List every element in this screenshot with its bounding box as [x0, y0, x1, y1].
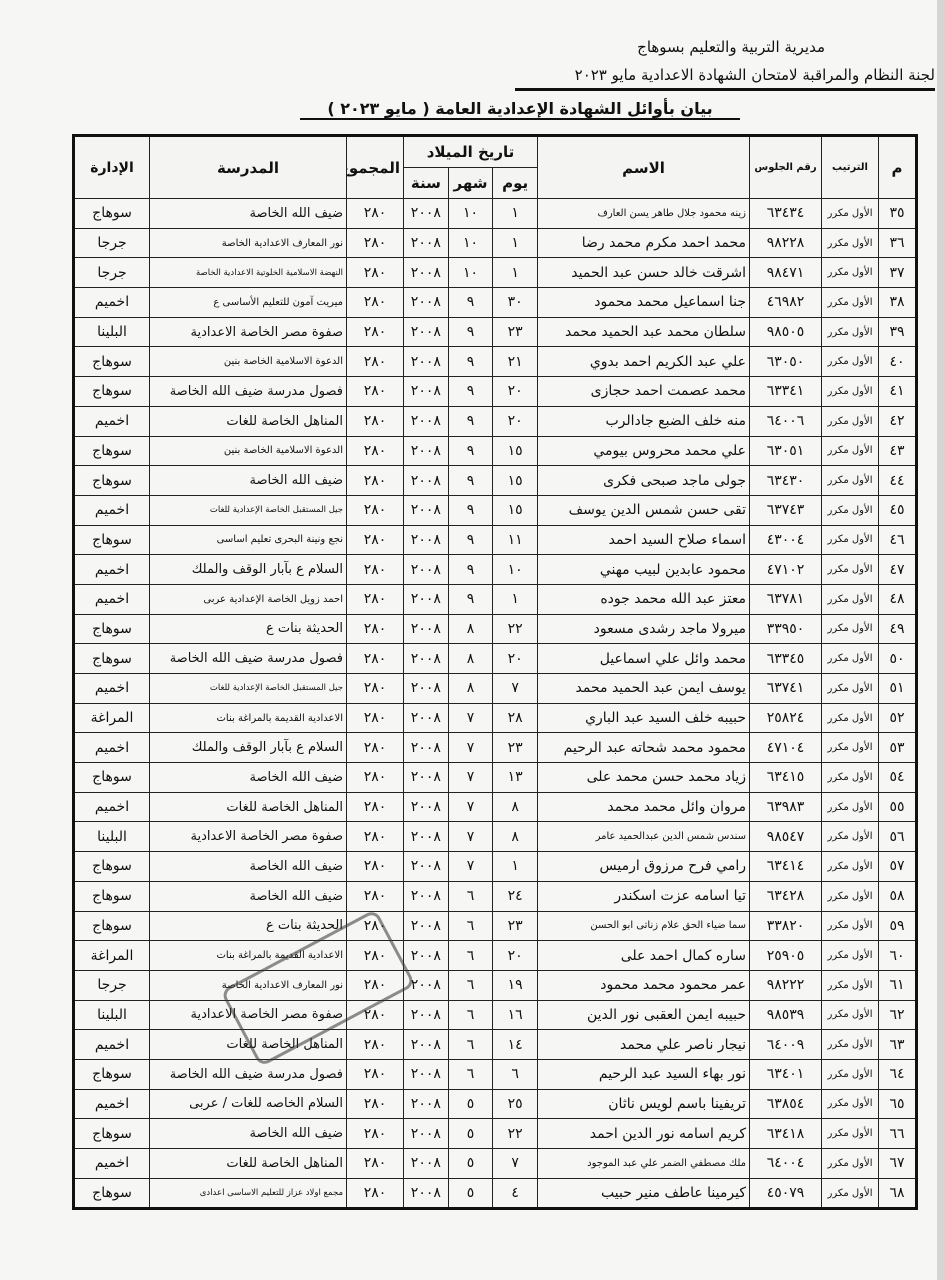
administration-cell: سوهاج — [74, 614, 150, 644]
school-cell: الحديثة بنات ع — [150, 614, 347, 644]
total-score-cell: ٢٨٠ — [347, 317, 404, 347]
birth-year-cell: ٢٠٠٨ — [404, 703, 449, 733]
seat-number-cell: ٤٧١٠٤ — [750, 733, 822, 763]
school-cell: الاعدادية القديمة بالمراغة بنات — [150, 703, 347, 733]
table-row: ٦٨الأول مكرر٤٥٠٧٩كيرمينا عاطف منير حبيب٤… — [74, 1178, 917, 1209]
birth-year-cell: ٢٠٠٨ — [404, 1089, 449, 1119]
birth-year-cell: ٢٠٠٨ — [404, 1149, 449, 1179]
col-header-administration: الإدارة — [74, 136, 150, 199]
school-cell: صفوة مصر الخاصة الاعدادية — [150, 1000, 347, 1030]
school-cell: جيل المستقبل الخاصة الإعدادية للغات — [150, 674, 347, 704]
table-header-row: م الترتيب رقم الجلوس الاسم تاريخ الميلاد… — [74, 136, 917, 168]
birth-month-cell: ٩ — [448, 347, 493, 377]
school-cell: ضيف الله الخاصة — [150, 199, 347, 229]
table-row: ٦٧الأول مكرر٦٤٠٠٤ملك مصطفي الضمر علي عبد… — [74, 1149, 917, 1179]
student-name-cell: عمر محمود محمد محمود — [538, 970, 750, 1000]
col-header-index: م — [879, 136, 917, 199]
student-name-cell: سما ضياء الحق علام زناتى ابو الحسن — [538, 911, 750, 941]
total-score-cell: ٢٨٠ — [347, 911, 404, 941]
birth-day-cell: ٢٢ — [493, 1119, 538, 1149]
birth-day-cell: ٦ — [493, 1059, 538, 1089]
birth-month-cell: ٥ — [448, 1119, 493, 1149]
table-row: ٣٨الأول مكرر٤٦٩٨٢جنا اسماعيل محمد محمود٣… — [74, 288, 917, 318]
birth-day-cell: ١ — [493, 199, 538, 229]
seat-number-cell: ٩٨٥٣٩ — [750, 1000, 822, 1030]
table-row: ٤١الأول مكرر٦٣٣٤١محمد عصمت احمد حجازى٢٠٩… — [74, 377, 917, 407]
birth-month-cell: ١٠ — [448, 258, 493, 288]
birth-month-cell: ٨ — [448, 644, 493, 674]
birth-day-cell: ٣٠ — [493, 288, 538, 318]
total-score-cell: ٢٨٠ — [347, 377, 404, 407]
rank-cell: الأول مكرر — [822, 347, 879, 377]
birth-month-cell: ٩ — [448, 436, 493, 466]
student-name-cell: محمد احمد مكرم محمد رضا — [538, 228, 750, 258]
administration-cell: اخميم — [74, 1089, 150, 1119]
seat-number-cell: ٦٣٤٢٨ — [750, 881, 822, 911]
row-index: ٥١ — [879, 674, 917, 704]
table-row: ٤٣الأول مكرر٦٣٠٥١علي محمد محروس بيومي١٥٩… — [74, 436, 917, 466]
row-index: ٦٥ — [879, 1089, 917, 1119]
col-header-birthdate: تاريخ الميلاد — [404, 136, 538, 168]
school-cell: فصول مدرسة ضيف الله الخاصة — [150, 1059, 347, 1089]
rank-cell: الأول مكرر — [822, 555, 879, 585]
row-index: ٥٠ — [879, 644, 917, 674]
col-header-month: شهر — [448, 168, 493, 199]
administration-cell: اخميم — [74, 674, 150, 704]
birth-month-cell: ٦ — [448, 1000, 493, 1030]
birth-day-cell: ٨ — [493, 792, 538, 822]
birth-year-cell: ٢٠٠٨ — [404, 1030, 449, 1060]
birth-day-cell: ١٥ — [493, 436, 538, 466]
row-index: ٥٧ — [879, 852, 917, 882]
administration-cell: اخميم — [74, 555, 150, 585]
rank-cell: الأول مكرر — [822, 466, 879, 496]
student-name-cell: زياد محمد حسن محمد على — [538, 763, 750, 793]
school-cell: فصول مدرسة ضيف الله الخاصة — [150, 644, 347, 674]
school-cell: احمد زويل الخاصة الإعدادية عربى — [150, 584, 347, 614]
school-cell: صفوة مصر الخاصة الاعدادية — [150, 317, 347, 347]
student-name-cell: اسماء صلاح السيد احمد — [538, 525, 750, 555]
total-score-cell: ٢٨٠ — [347, 1000, 404, 1030]
birth-month-cell: ٩ — [448, 377, 493, 407]
birth-month-cell: ٧ — [448, 852, 493, 882]
birth-day-cell: ٧ — [493, 1149, 538, 1179]
birth-year-cell: ٢٠٠٨ — [404, 525, 449, 555]
student-name-cell: علي عبد الكريم احمد بدوي — [538, 347, 750, 377]
student-name-cell: نور بهاء السيد عبد الرحيم — [538, 1059, 750, 1089]
student-name-cell: ملك مصطفي الضمر علي عبد الموجود — [538, 1149, 750, 1179]
administration-cell: اخميم — [74, 792, 150, 822]
administration-cell: جرجا — [74, 228, 150, 258]
administration-cell: المراغة — [74, 941, 150, 971]
page-edge-shadow — [937, 0, 945, 1280]
seat-number-cell: ٦٣٤٣٤ — [750, 199, 822, 229]
student-name-cell: نيجار ناصر علي محمد — [538, 1030, 750, 1060]
seat-number-cell: ٦٣٤١٥ — [750, 763, 822, 793]
birth-year-cell: ٢٠٠٨ — [404, 1178, 449, 1209]
rank-cell: الأول مكرر — [822, 1178, 879, 1209]
administration-cell: سوهاج — [74, 911, 150, 941]
seat-number-cell: ٦٣٩٨٣ — [750, 792, 822, 822]
birth-day-cell: ١٩ — [493, 970, 538, 1000]
administration-cell: اخميم — [74, 1030, 150, 1060]
birth-day-cell: ٢١ — [493, 347, 538, 377]
total-score-cell: ٢٨٠ — [347, 970, 404, 1000]
administration-cell: جرجا — [74, 970, 150, 1000]
seat-number-cell: ٦٣٤٠١ — [750, 1059, 822, 1089]
seat-number-cell: ٩٨٥٠٥ — [750, 317, 822, 347]
birth-month-cell: ٩ — [448, 406, 493, 436]
row-index: ٥٥ — [879, 792, 917, 822]
row-index: ٤١ — [879, 377, 917, 407]
rank-cell: الأول مكرر — [822, 733, 879, 763]
birth-day-cell: ٢٣ — [493, 911, 538, 941]
birth-day-cell: ٢٥ — [493, 1089, 538, 1119]
birth-year-cell: ٢٠٠٨ — [404, 733, 449, 763]
committee-heading: لجنة النظام والمراقبة لامتحان الشهادة ال… — [515, 66, 935, 91]
birth-day-cell: ٤ — [493, 1178, 538, 1209]
birth-year-cell: ٢٠٠٨ — [404, 436, 449, 466]
table-row: ٥١الأول مكرر٦٣٧٤١يوسف ايمن عبد الحميد مح… — [74, 674, 917, 704]
seat-number-cell: ٦٣٠٥٠ — [750, 347, 822, 377]
administration-cell: سوهاج — [74, 644, 150, 674]
school-cell: نور المعارف الاعدادية الخاصة — [150, 228, 347, 258]
birth-month-cell: ٥ — [448, 1149, 493, 1179]
rank-cell: الأول مكرر — [822, 852, 879, 882]
rank-cell: الأول مكرر — [822, 1089, 879, 1119]
rank-cell: الأول مكرر — [822, 258, 879, 288]
rank-cell: الأول مكرر — [822, 970, 879, 1000]
birth-year-cell: ٢٠٠٨ — [404, 288, 449, 318]
birth-month-cell: ٩ — [448, 525, 493, 555]
row-index: ٦٠ — [879, 941, 917, 971]
birth-month-cell: ١٠ — [448, 199, 493, 229]
rank-cell: الأول مكرر — [822, 1119, 879, 1149]
administration-cell: اخميم — [74, 1149, 150, 1179]
student-name-cell: رامي فرح مرزوق ارميس — [538, 852, 750, 882]
student-name-cell: مروان وائل محمد محمد — [538, 792, 750, 822]
row-index: ٥٣ — [879, 733, 917, 763]
table-row: ٦٥الأول مكرر٦٣٨٥٤تريفينا باسم لويس ناثان… — [74, 1089, 917, 1119]
table-row: ٥٧الأول مكرر٦٣٤١٤رامي فرح مرزوق ارميس١٧٢… — [74, 852, 917, 882]
school-cell: الدعوة الاسلامية الخاصة بنين — [150, 347, 347, 377]
rank-cell: الأول مكرر — [822, 199, 879, 229]
administration-cell: سوهاج — [74, 377, 150, 407]
rank-cell: الأول مكرر — [822, 881, 879, 911]
birth-day-cell: ٢٣ — [493, 317, 538, 347]
table-row: ٥٢الأول مكرر٢٥٨٢٤حبيبه خلف السيد عبد الب… — [74, 703, 917, 733]
table-row: ٤٢الأول مكرر٦٤٠٠٦منه خلف الضبع جادالرب٢٠… — [74, 406, 917, 436]
school-cell: الاعدادية القديمة بالمراغة بنات — [150, 941, 347, 971]
rank-cell: الأول مكرر — [822, 763, 879, 793]
student-name-cell: ميرولا ماجد رشدى مسعود — [538, 614, 750, 644]
school-cell: المناهل الخاصة للغات — [150, 406, 347, 436]
seat-number-cell: ٦٣٠٥١ — [750, 436, 822, 466]
row-index: ٥٩ — [879, 911, 917, 941]
student-name-cell: جولى ماجد صبحى فكرى — [538, 466, 750, 496]
administration-cell: اخميم — [74, 584, 150, 614]
student-name-cell: زينه محمود جلال طاهر يسن العارف — [538, 199, 750, 229]
student-name-cell: محمود عابدين لبيب مهني — [538, 555, 750, 585]
student-name-cell: يوسف ايمن عبد الحميد محمد — [538, 674, 750, 704]
birth-day-cell: ١ — [493, 852, 538, 882]
school-cell: ميريت آمون للتعليم الأساسى ع — [150, 288, 347, 318]
birth-day-cell: ١٤ — [493, 1030, 538, 1060]
student-name-cell: ساره كمال احمد على — [538, 941, 750, 971]
table-row: ٤٦الأول مكرر٤٣٠٠٤اسماء صلاح السيد احمد١١… — [74, 525, 917, 555]
birth-month-cell: ٦ — [448, 1059, 493, 1089]
student-name-cell: محمد وائل علي اسماعيل — [538, 644, 750, 674]
seat-number-cell: ٦٤٠٠٩ — [750, 1030, 822, 1060]
total-score-cell: ٢٨٠ — [347, 733, 404, 763]
school-cell: الدعوة الاسلامية الخاصة بنين — [150, 436, 347, 466]
birth-year-cell: ٢٠٠٨ — [404, 466, 449, 496]
birth-month-cell: ٩ — [448, 317, 493, 347]
total-score-cell: ٢٨٠ — [347, 1059, 404, 1089]
administration-cell: سوهاج — [74, 525, 150, 555]
school-cell: ضيف الله الخاصة — [150, 466, 347, 496]
table-row: ٦٠الأول مكرر٢٥٩٠٥ساره كمال احمد على٢٠٦٢٠… — [74, 941, 917, 971]
birth-day-cell: ٢٠ — [493, 406, 538, 436]
total-score-cell: ٢٨٠ — [347, 1149, 404, 1179]
school-cell: المناهل الخاصة للغات — [150, 792, 347, 822]
administration-cell: اخميم — [74, 495, 150, 525]
seat-number-cell: ٤٧١٠٢ — [750, 555, 822, 585]
administration-cell: سوهاج — [74, 466, 150, 496]
student-name-cell: تقى حسن شمس الدين يوسف — [538, 495, 750, 525]
birth-month-cell: ١٠ — [448, 228, 493, 258]
student-name-cell: حبيبه خلف السيد عبد الباري — [538, 703, 750, 733]
top-students-table: م الترتيب رقم الجلوس الاسم تاريخ الميلاد… — [72, 134, 918, 1210]
birth-month-cell: ٧ — [448, 792, 493, 822]
administration-cell: المراغة — [74, 703, 150, 733]
rank-cell: الأول مكرر — [822, 792, 879, 822]
seat-number-cell: ٦٣٧٤٣ — [750, 495, 822, 525]
administration-cell: سوهاج — [74, 436, 150, 466]
table-row: ٤٠الأول مكرر٦٣٠٥٠علي عبد الكريم احمد بدو… — [74, 347, 917, 377]
birth-year-cell: ٢٠٠٨ — [404, 377, 449, 407]
total-score-cell: ٢٨٠ — [347, 822, 404, 852]
birth-year-cell: ٢٠٠٨ — [404, 792, 449, 822]
birth-day-cell: ١ — [493, 258, 538, 288]
birth-day-cell: ٢٨ — [493, 703, 538, 733]
row-index: ٦٤ — [879, 1059, 917, 1089]
table-row: ٥٩الأول مكرر٣٣٨٢٠سما ضياء الحق علام زنات… — [74, 911, 917, 941]
rank-cell: الأول مكرر — [822, 911, 879, 941]
student-name-cell: محمود محمد شحاته عبد الرحيم — [538, 733, 750, 763]
table-row: ٦٦الأول مكرر٦٣٤١٨كريم اسامه نور الدين اح… — [74, 1119, 917, 1149]
row-index: ٤٥ — [879, 495, 917, 525]
birth-year-cell: ٢٠٠٨ — [404, 1000, 449, 1030]
row-index: ٦٧ — [879, 1149, 917, 1179]
rank-cell: الأول مكرر — [822, 525, 879, 555]
seat-number-cell: ٤٣٠٠٤ — [750, 525, 822, 555]
birth-day-cell: ٢٢ — [493, 614, 538, 644]
row-index: ٤٩ — [879, 614, 917, 644]
total-score-cell: ٢٨٠ — [347, 228, 404, 258]
birth-month-cell: ٧ — [448, 703, 493, 733]
birth-month-cell: ٧ — [448, 763, 493, 793]
row-index: ٤٨ — [879, 584, 917, 614]
birth-month-cell: ٨ — [448, 674, 493, 704]
birth-day-cell: ١٠ — [493, 555, 538, 585]
seat-number-cell: ٢٥٩٠٥ — [750, 941, 822, 971]
table-row: ٣٧الأول مكرر٩٨٤٧١اشرقت خالد حسن عبد الحم… — [74, 258, 917, 288]
total-score-cell: ٢٨٠ — [347, 466, 404, 496]
table-row: ٥٨الأول مكرر٦٣٤٢٨تيا اسامه عزت اسكندر٢٤٦… — [74, 881, 917, 911]
birth-year-cell: ٢٠٠٨ — [404, 1119, 449, 1149]
rank-cell: الأول مكرر — [822, 941, 879, 971]
row-index: ٦٢ — [879, 1000, 917, 1030]
table-row: ٦١الأول مكرر٩٨٢٢٢عمر محمود محمد محمود١٩٦… — [74, 970, 917, 1000]
school-cell: ضيف الله الخاصة — [150, 1119, 347, 1149]
student-name-cell: تريفينا باسم لويس ناثان — [538, 1089, 750, 1119]
seat-number-cell: ٣٣٩٥٠ — [750, 614, 822, 644]
birth-month-cell: ٩ — [448, 495, 493, 525]
col-header-rank: الترتيب — [822, 136, 879, 199]
administration-cell: سوهاج — [74, 763, 150, 793]
seat-number-cell: ٦٣٤١٤ — [750, 852, 822, 882]
birth-year-cell: ٢٠٠٨ — [404, 674, 449, 704]
school-cell: جيل المستقبل الخاصة الإعدادية للغات — [150, 495, 347, 525]
total-score-cell: ٢٨٠ — [347, 644, 404, 674]
administration-cell: اخميم — [74, 406, 150, 436]
birth-day-cell: ١ — [493, 228, 538, 258]
document-title: بيان بأوائل الشهادة الإعدادية العامة ( م… — [300, 99, 740, 120]
seat-number-cell: ٦٣٣٤١ — [750, 377, 822, 407]
rank-cell: الأول مكرر — [822, 822, 879, 852]
table-row: ٤٤الأول مكرر٦٣٤٣٠جولى ماجد صبحى فكرى١٥٩٢… — [74, 466, 917, 496]
total-score-cell: ٢٨٠ — [347, 614, 404, 644]
row-index: ٣٦ — [879, 228, 917, 258]
school-cell: السلام الخاصه للغات / عربى — [150, 1089, 347, 1119]
birth-month-cell: ٩ — [448, 288, 493, 318]
total-score-cell: ٢٨٠ — [347, 1089, 404, 1119]
administration-cell: سوهاج — [74, 881, 150, 911]
school-cell: الحديثة بنات ع — [150, 911, 347, 941]
birth-day-cell: ١٣ — [493, 763, 538, 793]
total-score-cell: ٢٨٠ — [347, 763, 404, 793]
birth-month-cell: ٦ — [448, 911, 493, 941]
birth-year-cell: ٢٠٠٨ — [404, 584, 449, 614]
document-page: مديرية التربية والتعليم بسوهاج لجنة النظ… — [0, 0, 945, 1280]
birth-year-cell: ٢٠٠٨ — [404, 911, 449, 941]
row-index: ٤٦ — [879, 525, 917, 555]
birth-month-cell: ٦ — [448, 970, 493, 1000]
rank-cell: الأول مكرر — [822, 703, 879, 733]
row-index: ٦٦ — [879, 1119, 917, 1149]
row-index: ٤٣ — [879, 436, 917, 466]
birth-year-cell: ٢٠٠٨ — [404, 1059, 449, 1089]
total-score-cell: ٢٨٠ — [347, 288, 404, 318]
administration-cell: جرجا — [74, 258, 150, 288]
birth-day-cell: ٨ — [493, 822, 538, 852]
rank-cell: الأول مكرر — [822, 495, 879, 525]
col-header-day: يوم — [493, 168, 538, 199]
birth-year-cell: ٢٠٠٨ — [404, 970, 449, 1000]
student-name-cell: منه خلف الضبع جادالرب — [538, 406, 750, 436]
total-score-cell: ٢٨٠ — [347, 1119, 404, 1149]
birth-year-cell: ٢٠٠٨ — [404, 555, 449, 585]
student-name-cell: سندس شمس الدين عبدالحميد عامر — [538, 822, 750, 852]
rank-cell: الأول مكرر — [822, 1059, 879, 1089]
birth-year-cell: ٢٠٠٨ — [404, 228, 449, 258]
birth-year-cell: ٢٠٠٨ — [404, 941, 449, 971]
student-name-cell: حبيبه ايمن العقبى نور الدين — [538, 1000, 750, 1030]
birth-day-cell: ٢٤ — [493, 881, 538, 911]
birth-day-cell: ٧ — [493, 674, 538, 704]
student-name-cell: كيرمينا عاطف منير حبيب — [538, 1178, 750, 1209]
birth-month-cell: ٨ — [448, 614, 493, 644]
row-index: ٦٨ — [879, 1178, 917, 1209]
row-index: ٥٨ — [879, 881, 917, 911]
total-score-cell: ٢٨٠ — [347, 199, 404, 229]
seat-number-cell: ٦٣٤١٨ — [750, 1119, 822, 1149]
school-cell: فصول مدرسة ضيف الله الخاصة — [150, 377, 347, 407]
total-score-cell: ٢٨٠ — [347, 1030, 404, 1060]
birth-year-cell: ٢٠٠٨ — [404, 347, 449, 377]
directorate-heading: مديرية التربية والتعليم بسوهاج — [637, 38, 825, 56]
total-score-cell: ٢٨٠ — [347, 436, 404, 466]
table-row: ٤٩الأول مكرر٣٣٩٥٠ميرولا ماجد رشدى مسعود٢… — [74, 614, 917, 644]
table-row: ٣٦الأول مكرر٩٨٢٢٨محمد احمد مكرم محمد رضا… — [74, 228, 917, 258]
seat-number-cell: ٦٣٧٨١ — [750, 584, 822, 614]
total-score-cell: ٢٨٠ — [347, 347, 404, 377]
row-index: ٥٦ — [879, 822, 917, 852]
rank-cell: الأول مكرر — [822, 1149, 879, 1179]
birth-month-cell: ٧ — [448, 822, 493, 852]
table-row: ٥٠الأول مكرر٦٣٣٤٥محمد وائل علي اسماعيل٢٠… — [74, 644, 917, 674]
rank-cell: الأول مكرر — [822, 614, 879, 644]
table-row: ٤٨الأول مكرر٦٣٧٨١معتز عبد الله محمد جوده… — [74, 584, 917, 614]
table-row: ٤٧الأول مكرر٤٧١٠٢محمود عابدين لبيب مهني١… — [74, 555, 917, 585]
birth-year-cell: ٢٠٠٨ — [404, 852, 449, 882]
row-index: ٣٥ — [879, 199, 917, 229]
col-header-year: سنة — [404, 168, 449, 199]
birth-year-cell: ٢٠٠٨ — [404, 406, 449, 436]
rank-cell: الأول مكرر — [822, 436, 879, 466]
school-cell: ضيف الله الخاصة — [150, 881, 347, 911]
school-cell: النهضة الاسلامية الخلوتية الاعدادية الخا… — [150, 258, 347, 288]
administration-cell: البلينا — [74, 1000, 150, 1030]
rank-cell: الأول مكرر — [822, 288, 879, 318]
student-name-cell: معتز عبد الله محمد جوده — [538, 584, 750, 614]
birth-month-cell: ٩ — [448, 584, 493, 614]
table-row: ٥٥الأول مكرر٦٣٩٨٣مروان وائل محمد محمد٨٧٢… — [74, 792, 917, 822]
birth-year-cell: ٢٠٠٨ — [404, 881, 449, 911]
birth-year-cell: ٢٠٠٨ — [404, 822, 449, 852]
row-index: ٥٢ — [879, 703, 917, 733]
administration-cell: البلينا — [74, 317, 150, 347]
school-cell: السلام ع بآبار الوقف والملك — [150, 555, 347, 585]
administration-cell: سوهاج — [74, 852, 150, 882]
birth-day-cell: ٢٠ — [493, 644, 538, 674]
birth-year-cell: ٢٠٠٨ — [404, 258, 449, 288]
row-index: ٤٤ — [879, 466, 917, 496]
seat-number-cell: ٤٥٠٧٩ — [750, 1178, 822, 1209]
birth-month-cell: ٦ — [448, 1030, 493, 1060]
seat-number-cell: ٤٦٩٨٢ — [750, 288, 822, 318]
total-score-cell: ٢٨٠ — [347, 495, 404, 525]
school-cell: نجع ونينة البحرى تعليم اساسى — [150, 525, 347, 555]
student-name-cell: سلطان محمد عبد الحميد محمد — [538, 317, 750, 347]
table-row: ٣٩الأول مكرر٩٨٥٠٥سلطان محمد عبد الحميد م… — [74, 317, 917, 347]
birth-day-cell: ٢٣ — [493, 733, 538, 763]
seat-number-cell: ٩٨٤٧١ — [750, 258, 822, 288]
student-name-cell: اشرقت خالد حسن عبد الحميد — [538, 258, 750, 288]
birth-year-cell: ٢٠٠٨ — [404, 495, 449, 525]
school-cell: مجمع اولاد عزاز للتعليم الاساسى اعدادى — [150, 1178, 347, 1209]
